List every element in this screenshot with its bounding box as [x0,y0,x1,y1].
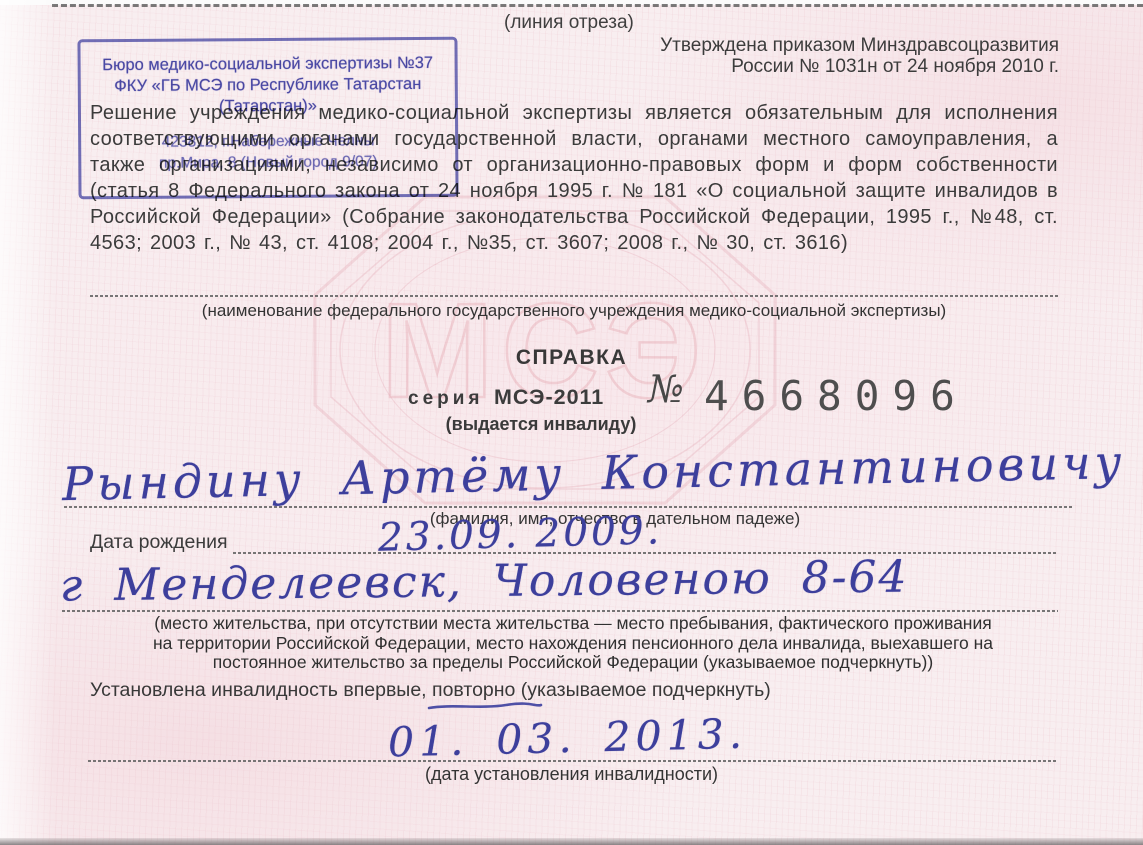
approval-line-1: Утверждена приказом Минздравсоцразвития [660,35,1059,56]
handwritten-name: Рындину Артёму Константиновичу [62,435,1126,511]
stamp-line-postal: 423812, г.Набережные Челны [81,130,455,154]
certificate-number: 4668096 [704,372,968,420]
certificate-scan: (линия отреза) Утверждена приказом Минзд… [0,0,1143,845]
scan-left-edge [0,0,55,845]
handwritten-establishment-date: 01. 03. 2013. [387,710,747,767]
disability-statement: Установлена инвалидность впервые, повтор… [90,679,771,702]
issued-to-caption: (выдается инвалиду) [398,414,684,435]
stamp-line-street: пр.Мира, 8 (Новый город 9/07) [81,151,455,175]
establishment-date-caption: (дата установления инвалидности) [0,764,1143,785]
address-field-line [62,610,1058,612]
approval-line-2: России № 1031н от 24 ноября 2010 г. [660,56,1059,77]
stamp-line-org: ФКУ «ГБ МСЭ по Республике Татарстан [81,74,455,98]
cut-dashed-line [52,4,1143,7]
address-caption-line-1: (место жительства, при отсутствии места … [73,614,1073,634]
number-sign: № [648,367,684,411]
stamp-line-region: (Татарстан)» [81,95,455,119]
institution-rule-line [90,295,1058,297]
cut-line-label: (линия отреза) [504,12,634,34]
approval-note: Утверждена приказом Минздравсоцразвития … [660,35,1059,77]
birth-date-label: Дата рождения [90,531,228,554]
pen-underline-stroke [426,701,544,711]
address-caption-line-2: на территории Российской Федерации, мест… [73,634,1073,654]
stamp-line-bureau: Бюро медико-социальной экспертизы №37 [81,53,455,77]
institution-stamp: Бюро медико-социальной экспертизы №37 ФК… [77,37,458,200]
disability-suffix: (указываемое подчеркнуть) [515,679,770,701]
disability-underlined-word: повторно [432,679,515,701]
series-value: МСЭ-2011 [494,385,604,410]
institution-caption: (наименование федерального государственн… [90,301,1058,321]
handwritten-address: г Менделеевск, Чоловеною 8-64 [60,552,909,612]
document-title: СПРАВКА [0,346,1143,370]
disability-prefix: Установлена инвалидность впервые, [90,679,432,701]
scan-bottom-edge [0,838,1143,845]
address-caption: (место жительства, при отсутствии места … [73,614,1073,673]
series-label: серия [408,388,484,410]
address-caption-line-3: постоянное жительство за пределы Российс… [73,653,1073,673]
handwritten-birth-date: 23.09. 2009. [377,508,662,560]
